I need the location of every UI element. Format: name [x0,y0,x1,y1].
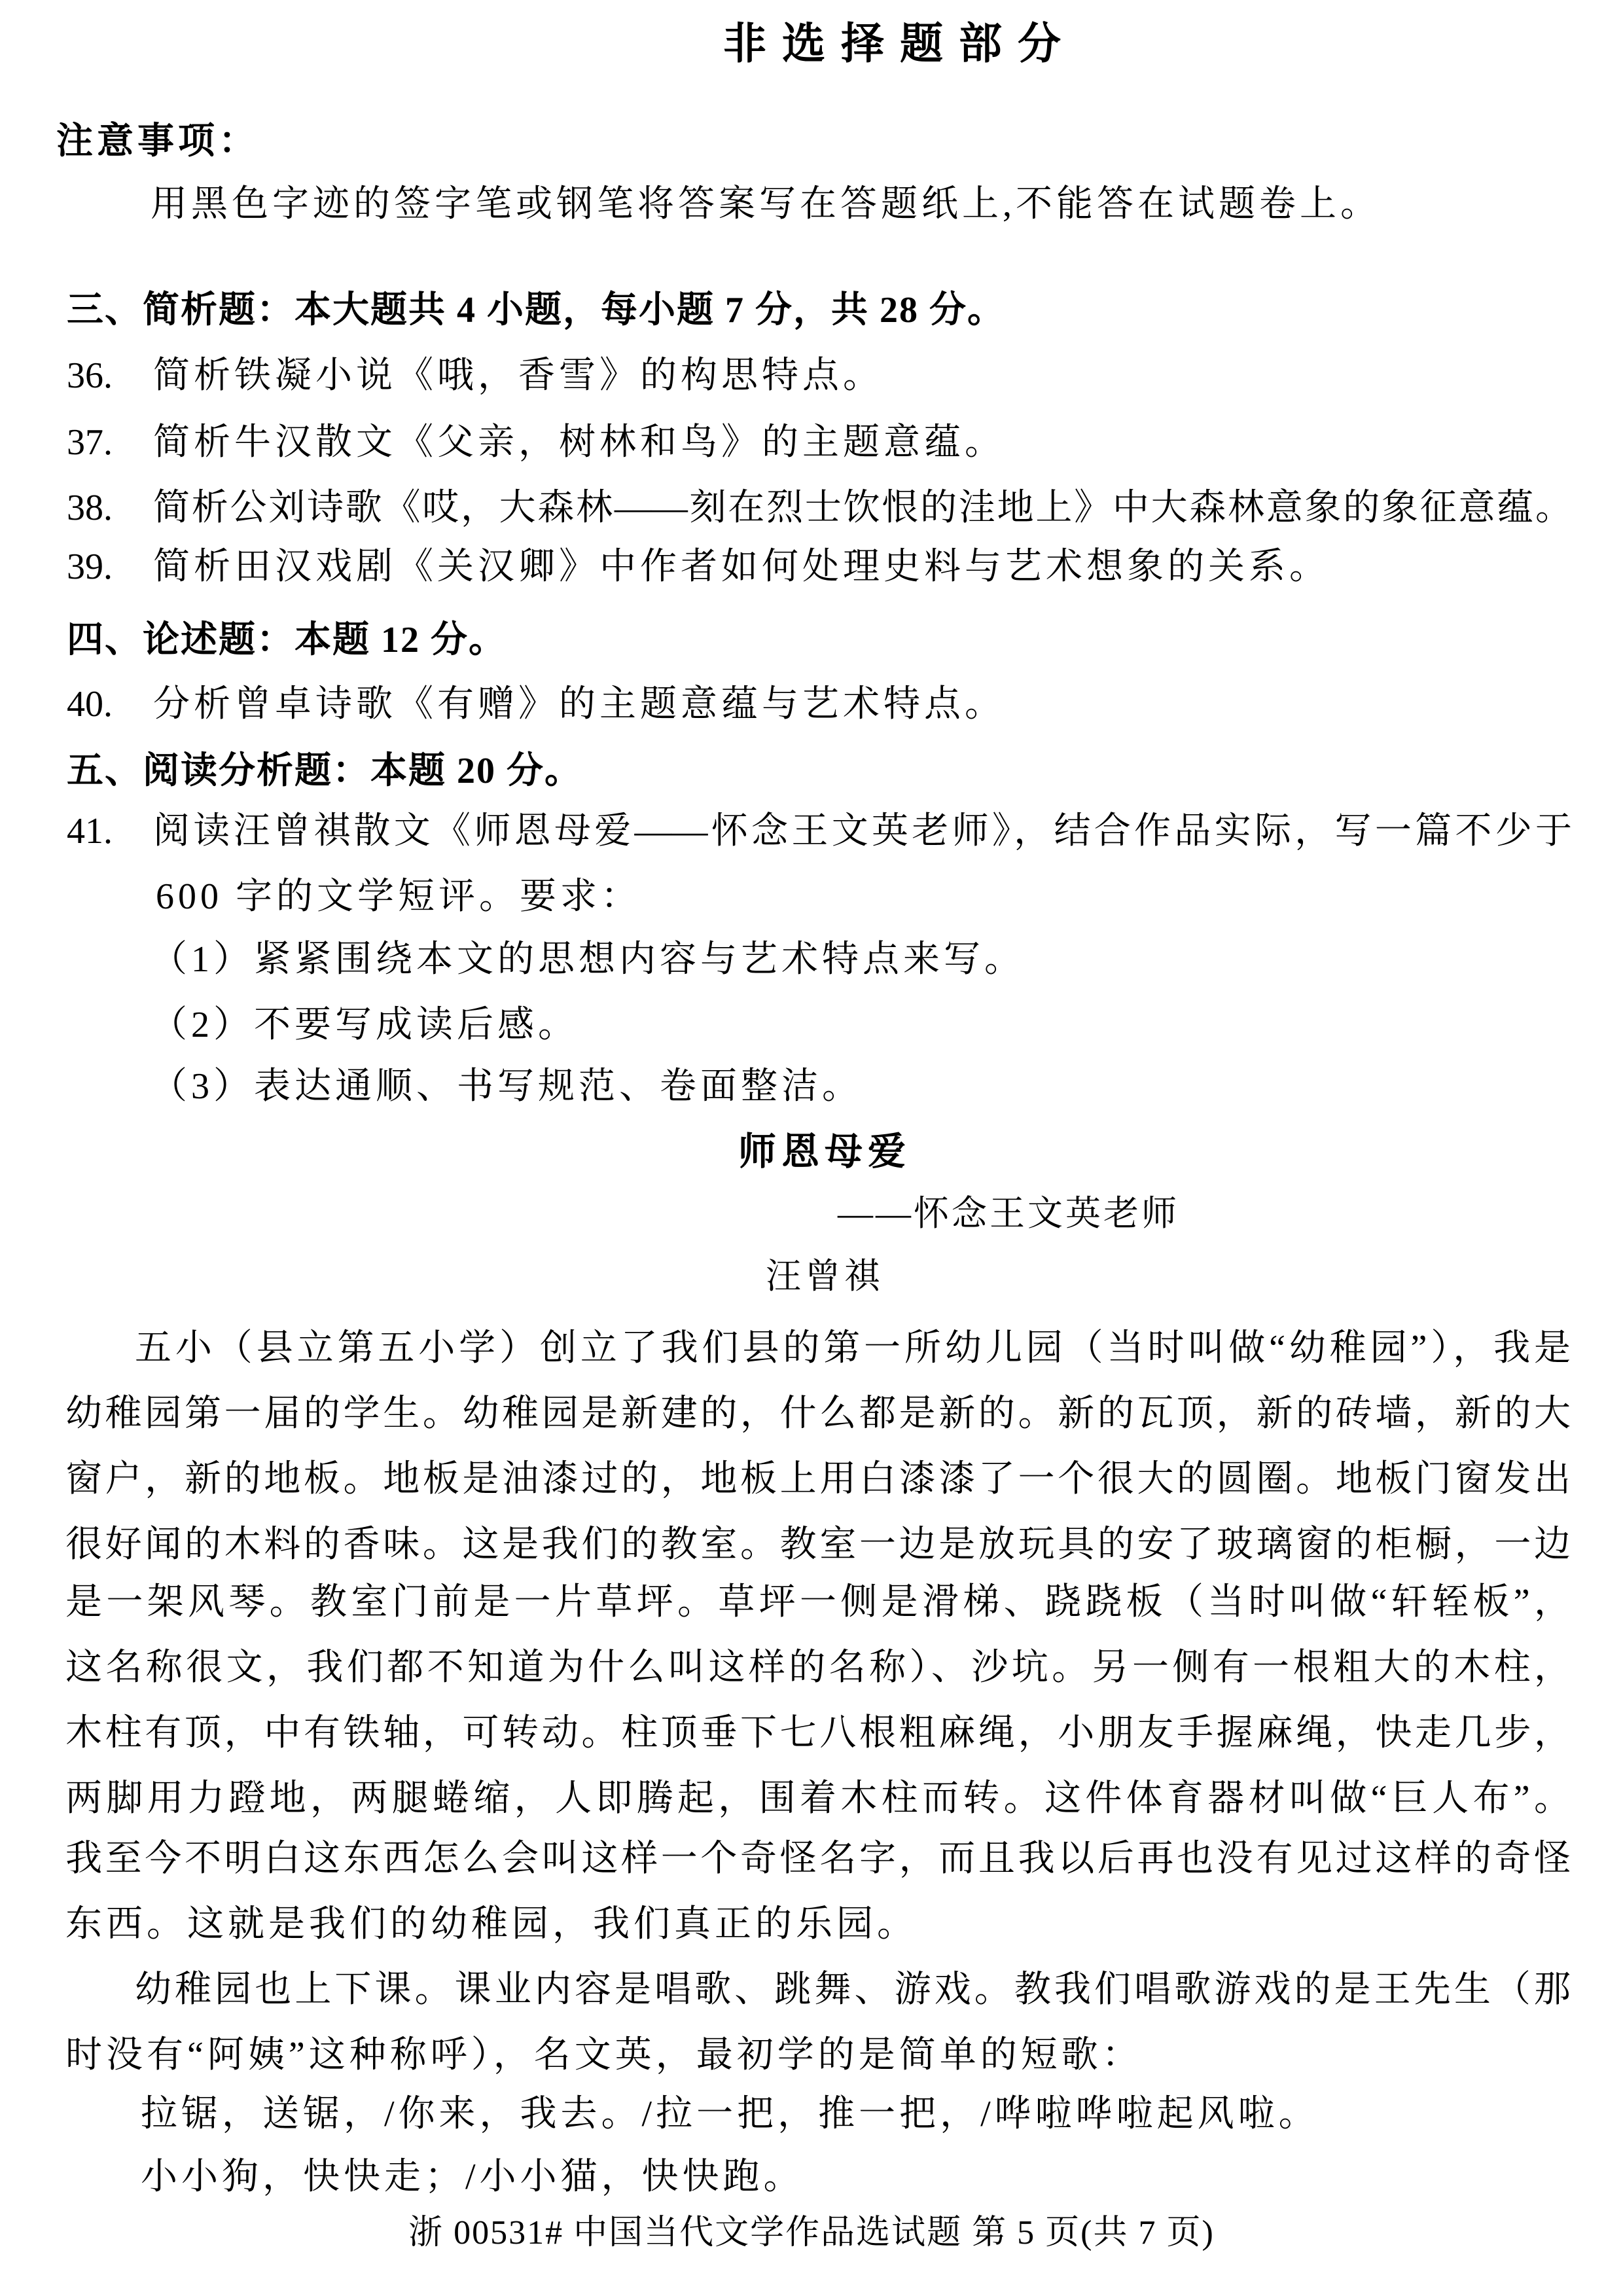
essay-p1-line-6: 这名称很文，我们都不知道为什么叫这样的名称）、沙坑。另一侧有一根粗大的木柱， [65,1645,1571,1690]
question-40-text: 分析曾卓诗歌《有赠》的主题意蕴与艺术特点。 [153,682,1005,726]
section-4-heading: 四、论述题：本题 12 分。 [67,618,507,662]
requirement-3: （3）表达通顺、书写规范、卷面整洁。 [151,1064,863,1109]
question-36-number: 36. [67,353,153,398]
essay-p1-line-1: 五小（县立第五小学）创立了我们县的第一所幼儿园（当时叫做“幼稚园”），我是 [65,1326,1571,1371]
essay-p1-line-8: 两脚用力蹬地，两腿蜷缩，人即腾起，围着木柱而转。这件体育器材叫做“巨人布”。 [65,1776,1571,1821]
section-5-heading: 五、阅读分析题：本题 20 分。 [67,749,582,793]
question-41: 41. 阅读汪曾祺散文《师恩母爱——怀念王文英老师》，结合作品实际，写一篇不少于 [67,809,1572,853]
essay-p1-line-9: 我至今不明白这东西怎么会叫这样一个奇怪名字，而且我以后再也没有见过这样的奇怪 [65,1837,1571,1881]
question-41-number: 41. [67,809,153,853]
essay-author: 汪曾祺 [13,1254,1623,1299]
notice-text: 用黑色字迹的签字笔或钢笔将答案写在答题纸上,不能答在试题卷上。 [151,182,1381,226]
question-37-text: 简析牛汉散文《父亲，树林和鸟》的主题意蕴。 [153,420,1005,465]
essay-p2-line-1: 幼稚园也上下课。课业内容是唱歌、跳舞、游戏。教我们唱歌游戏的是王先生（那 [65,1967,1571,2012]
song-line-2: 小小狗，快快走；/小小猫，快快跑。 [141,2155,804,2199]
question-41-text-line2: 600 字的文学短评。要求： [156,874,641,919]
essay-p1-line-2: 幼稚园第一届的学生。幼稚园是新建的，什么都是新的。新的瓦顶，新的砖墙，新的大 [65,1391,1571,1436]
essay-p1-line-5: 是一架风琴。教室门前是一片草坪。草坪一侧是滑梯、跷跷板（当时叫做“轩轾板”， [65,1580,1571,1624]
question-41-text-line1: 阅读汪曾祺散文《师恩母爱——怀念王文英老师》，结合作品实际，写一篇不少于 [153,809,1572,853]
question-38: 38. 简析公刘诗歌《哎，大森林——刻在烈士饮恨的洼地上》中大森林意象的象征意蕴… [67,486,1572,530]
question-39-number: 39. [67,545,153,589]
essay-p1-line-10: 东西。这就是我们的幼稚园，我们真正的乐园。 [65,1902,918,1946]
essay-p1-line-3: 窗户，新的地板。地板是油漆过的，地板上用白漆漆了一个很大的圆圈。地板门窗发出 [65,1457,1571,1501]
section-3-heading: 三、简析题：本大题共 4 小题，每小题 7 分，共 28 分。 [67,288,1005,332]
requirement-1: （1）紧紧围绕本文的思想内容与艺术特点来写。 [151,937,1025,982]
question-37-number: 37. [67,420,153,465]
essay-title: 师恩母爱 [13,1130,1623,1174]
question-36: 36. 简析铁凝小说《哦，香雪》的构思特点。 [67,353,1572,398]
essay-p1-line-7: 木柱有顶，中有铁轴，可转动。柱顶垂下七八根粗麻绳，小朋友手握麻绳，快走几步， [65,1711,1571,1755]
page-title: 非选择题部分 [88,12,1623,77]
essay-p2-line-2: 时没有“阿姨”这种称呼），名文英，最初学的是简单的短歌： [65,2033,1143,2077]
exam-page: 非选择题部分 注意事项： 用黑色字迹的签字笔或钢笔将答案写在答题纸上,不能答在试… [0,0,1623,2296]
song-line-1: 拉锯，送锯，/你来，我去。/拉一把，推一把，/哗啦哗啦起风啦。 [141,2092,1319,2136]
essay-subtitle: ——怀念王文英老师 [838,1191,1179,1236]
requirement-2: （2）不要写成读后感。 [151,1003,579,1047]
question-40: 40. 分析曾卓诗歌《有赠》的主题意蕴与艺术特点。 [67,682,1572,726]
question-36-text: 简析铁凝小说《哦，香雪》的构思特点。 [153,353,883,398]
question-39-text: 简析田汉戏剧《关汉卿》中作者如何处理史料与艺术想象的关系。 [153,545,1330,589]
notice-label: 注意事项： [56,119,259,164]
question-39: 39. 简析田汉戏剧《关汉卿》中作者如何处理史料与艺术想象的关系。 [67,545,1572,589]
question-40-number: 40. [67,682,153,726]
page-footer: 浙 00531# 中国当代文学作品选试题 第 5 页(共 7 页) [0,2211,1623,2255]
question-38-text: 简析公刘诗歌《哎，大森林——刻在烈士饮恨的洼地上》中大森林意象的象征意蕴。 [153,486,1572,530]
essay-p1-line-4: 很好闻的木料的香味。这是我们的教室。教室一边是放玩具的安了玻璃窗的柜橱，一边 [65,1522,1571,1567]
question-38-number: 38. [67,486,153,530]
question-37: 37. 简析牛汉散文《父亲，树林和鸟》的主题意蕴。 [67,420,1572,465]
